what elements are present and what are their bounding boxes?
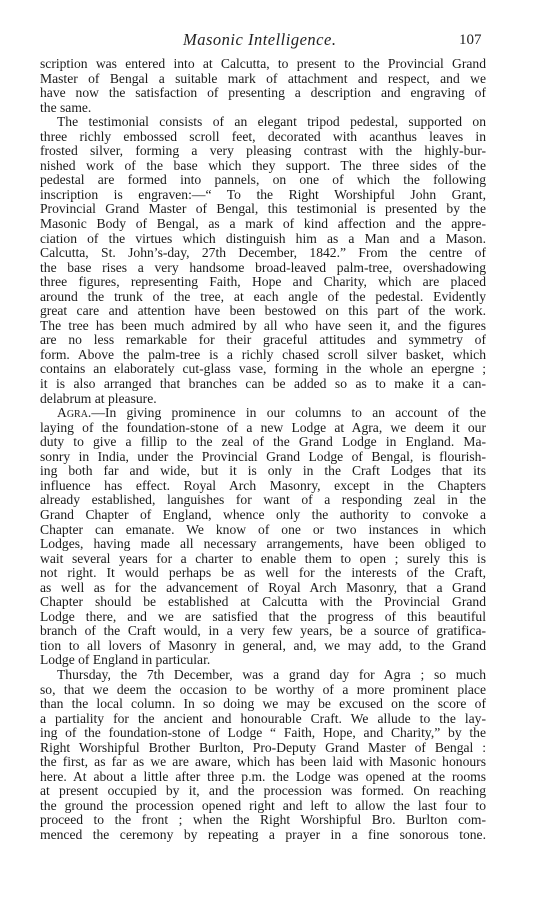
text-line: inscription is engraven:—“ To the Right … xyxy=(40,188,486,203)
text-line: Lodges, having made all necessary arrang… xyxy=(40,537,486,552)
text-line: a partiality for the ancient and honoura… xyxy=(40,712,486,727)
text-line: laying of the foundation-stone of a new … xyxy=(40,421,486,436)
paragraph-thursday: Thursday, the 7th December, was a grand … xyxy=(40,668,486,843)
text-line: Chapter can emanate. We know of one or t… xyxy=(40,523,486,538)
page-number: 107 xyxy=(459,32,482,49)
book-page: Masonic Intelligence. 107 scription was … xyxy=(0,0,548,918)
text-line: wait several years for a charter to enab… xyxy=(40,552,486,567)
paragraph-agra: Agra.—In giving prominence in our column… xyxy=(40,406,486,668)
text-line: scription was entered into at Calcutta, … xyxy=(40,57,486,72)
text-line: the first, as far as we are aware, which… xyxy=(40,755,486,770)
text-line: Provincial Grand Master of Bengal, this … xyxy=(40,202,486,217)
text-line: three figures, representing Faith, Hope … xyxy=(40,275,486,290)
text-line: Right Worshipful Brother Burlton, Pro-De… xyxy=(40,741,486,756)
paragraph-testimonial: The testimonial consists of an elegant t… xyxy=(40,115,486,406)
text-line: not right. It would perhaps be as well f… xyxy=(40,566,486,581)
text-line: at present occupied by it, and the proce… xyxy=(40,784,486,799)
text-line: are no less remarkable for their gracefu… xyxy=(40,333,486,348)
text-line: sonry in India, under the Provincial Gra… xyxy=(40,450,486,465)
text-line: duty to give a fillip to the zeal of the… xyxy=(40,435,486,450)
running-title: Masonic Intelligence. xyxy=(183,30,336,50)
text-line: Lodge of England in particular. xyxy=(40,653,486,668)
text-line: the base rises a very handsome broad-lea… xyxy=(40,261,486,276)
text-line: here. At about a little after three p.m.… xyxy=(40,770,486,785)
text-line: ing of the foundation-stone of Lodge “ F… xyxy=(40,726,486,741)
text-line: Lodge there, and we are satisfied that t… xyxy=(40,610,486,625)
text-line: around the trunk of the tree, at each an… xyxy=(40,290,486,305)
text-line: nished work of the base which they suppo… xyxy=(40,159,486,174)
text-line: Agra.—In giving prominence in our column… xyxy=(40,406,486,421)
text-line: contains an elaborately cut-glass vase, … xyxy=(40,362,486,377)
page-body: scription was entered into at Calcutta, … xyxy=(40,57,486,843)
text-line: the same. xyxy=(40,101,486,116)
text-line: Thursday, the 7th December, was a grand … xyxy=(40,668,486,683)
text-line: Masonic Body of Bengal, as a mark of kin… xyxy=(40,217,486,232)
text-line: tion to all lovers of Masonry in general… xyxy=(40,639,486,654)
text-line: already established, languishes for want… xyxy=(40,493,486,508)
text-line: Master of Bengal a suitable mark of atta… xyxy=(40,72,486,87)
text-line: as well as for the advancement of Royal … xyxy=(40,581,486,596)
text-line: The tree has been much admired by all wh… xyxy=(40,319,486,334)
text-line: ing both far and wide, but it is only in… xyxy=(40,464,486,479)
text-line: it is also arranged that branches can be… xyxy=(40,377,486,392)
text-line: frosted silver, forming a very pleasing … xyxy=(40,144,486,159)
text-line: menced the ceremony by repeating a praye… xyxy=(40,828,486,843)
text-fragment: —In giving prominence in our columns to … xyxy=(91,405,486,420)
text-line: branch of the Craft would, in a very few… xyxy=(40,624,486,639)
text-line: Grand Chapter of England, whence only th… xyxy=(40,508,486,523)
text-line: form. Above the palm-tree is a richly ch… xyxy=(40,348,486,363)
text-line: Calcutta, St. John’s-day, 27th December,… xyxy=(40,246,486,261)
text-line: have now the satisfaction of presenting … xyxy=(40,86,486,101)
text-line: great care and attention have been besto… xyxy=(40,304,486,319)
section-lead: Agra. xyxy=(57,405,91,420)
text-line: so, that we deem the occasion to be wort… xyxy=(40,683,486,698)
text-line: the ground the procession opened right a… xyxy=(40,799,486,814)
text-line: pedestal are formed into pannels, on one… xyxy=(40,173,486,188)
text-line: ciation of the virtues which distinguish… xyxy=(40,232,486,247)
text-line: Chapter should be established at Calcutt… xyxy=(40,595,486,610)
text-line: delabrum at pleasure. xyxy=(40,392,486,407)
text-line: than the local column. In so doing we ma… xyxy=(40,697,486,712)
paragraph-continuation: scription was entered into at Calcutta, … xyxy=(40,57,486,115)
text-line: The testimonial consists of an elegant t… xyxy=(40,115,486,130)
text-line: three richly embossed scroll feet, decor… xyxy=(40,130,486,145)
text-line: proceed to the front ; when the Right Wo… xyxy=(40,813,486,828)
text-line: influence has effect. Royal Arch Masonry… xyxy=(40,479,486,494)
running-header: Masonic Intelligence. 107 xyxy=(0,30,548,50)
